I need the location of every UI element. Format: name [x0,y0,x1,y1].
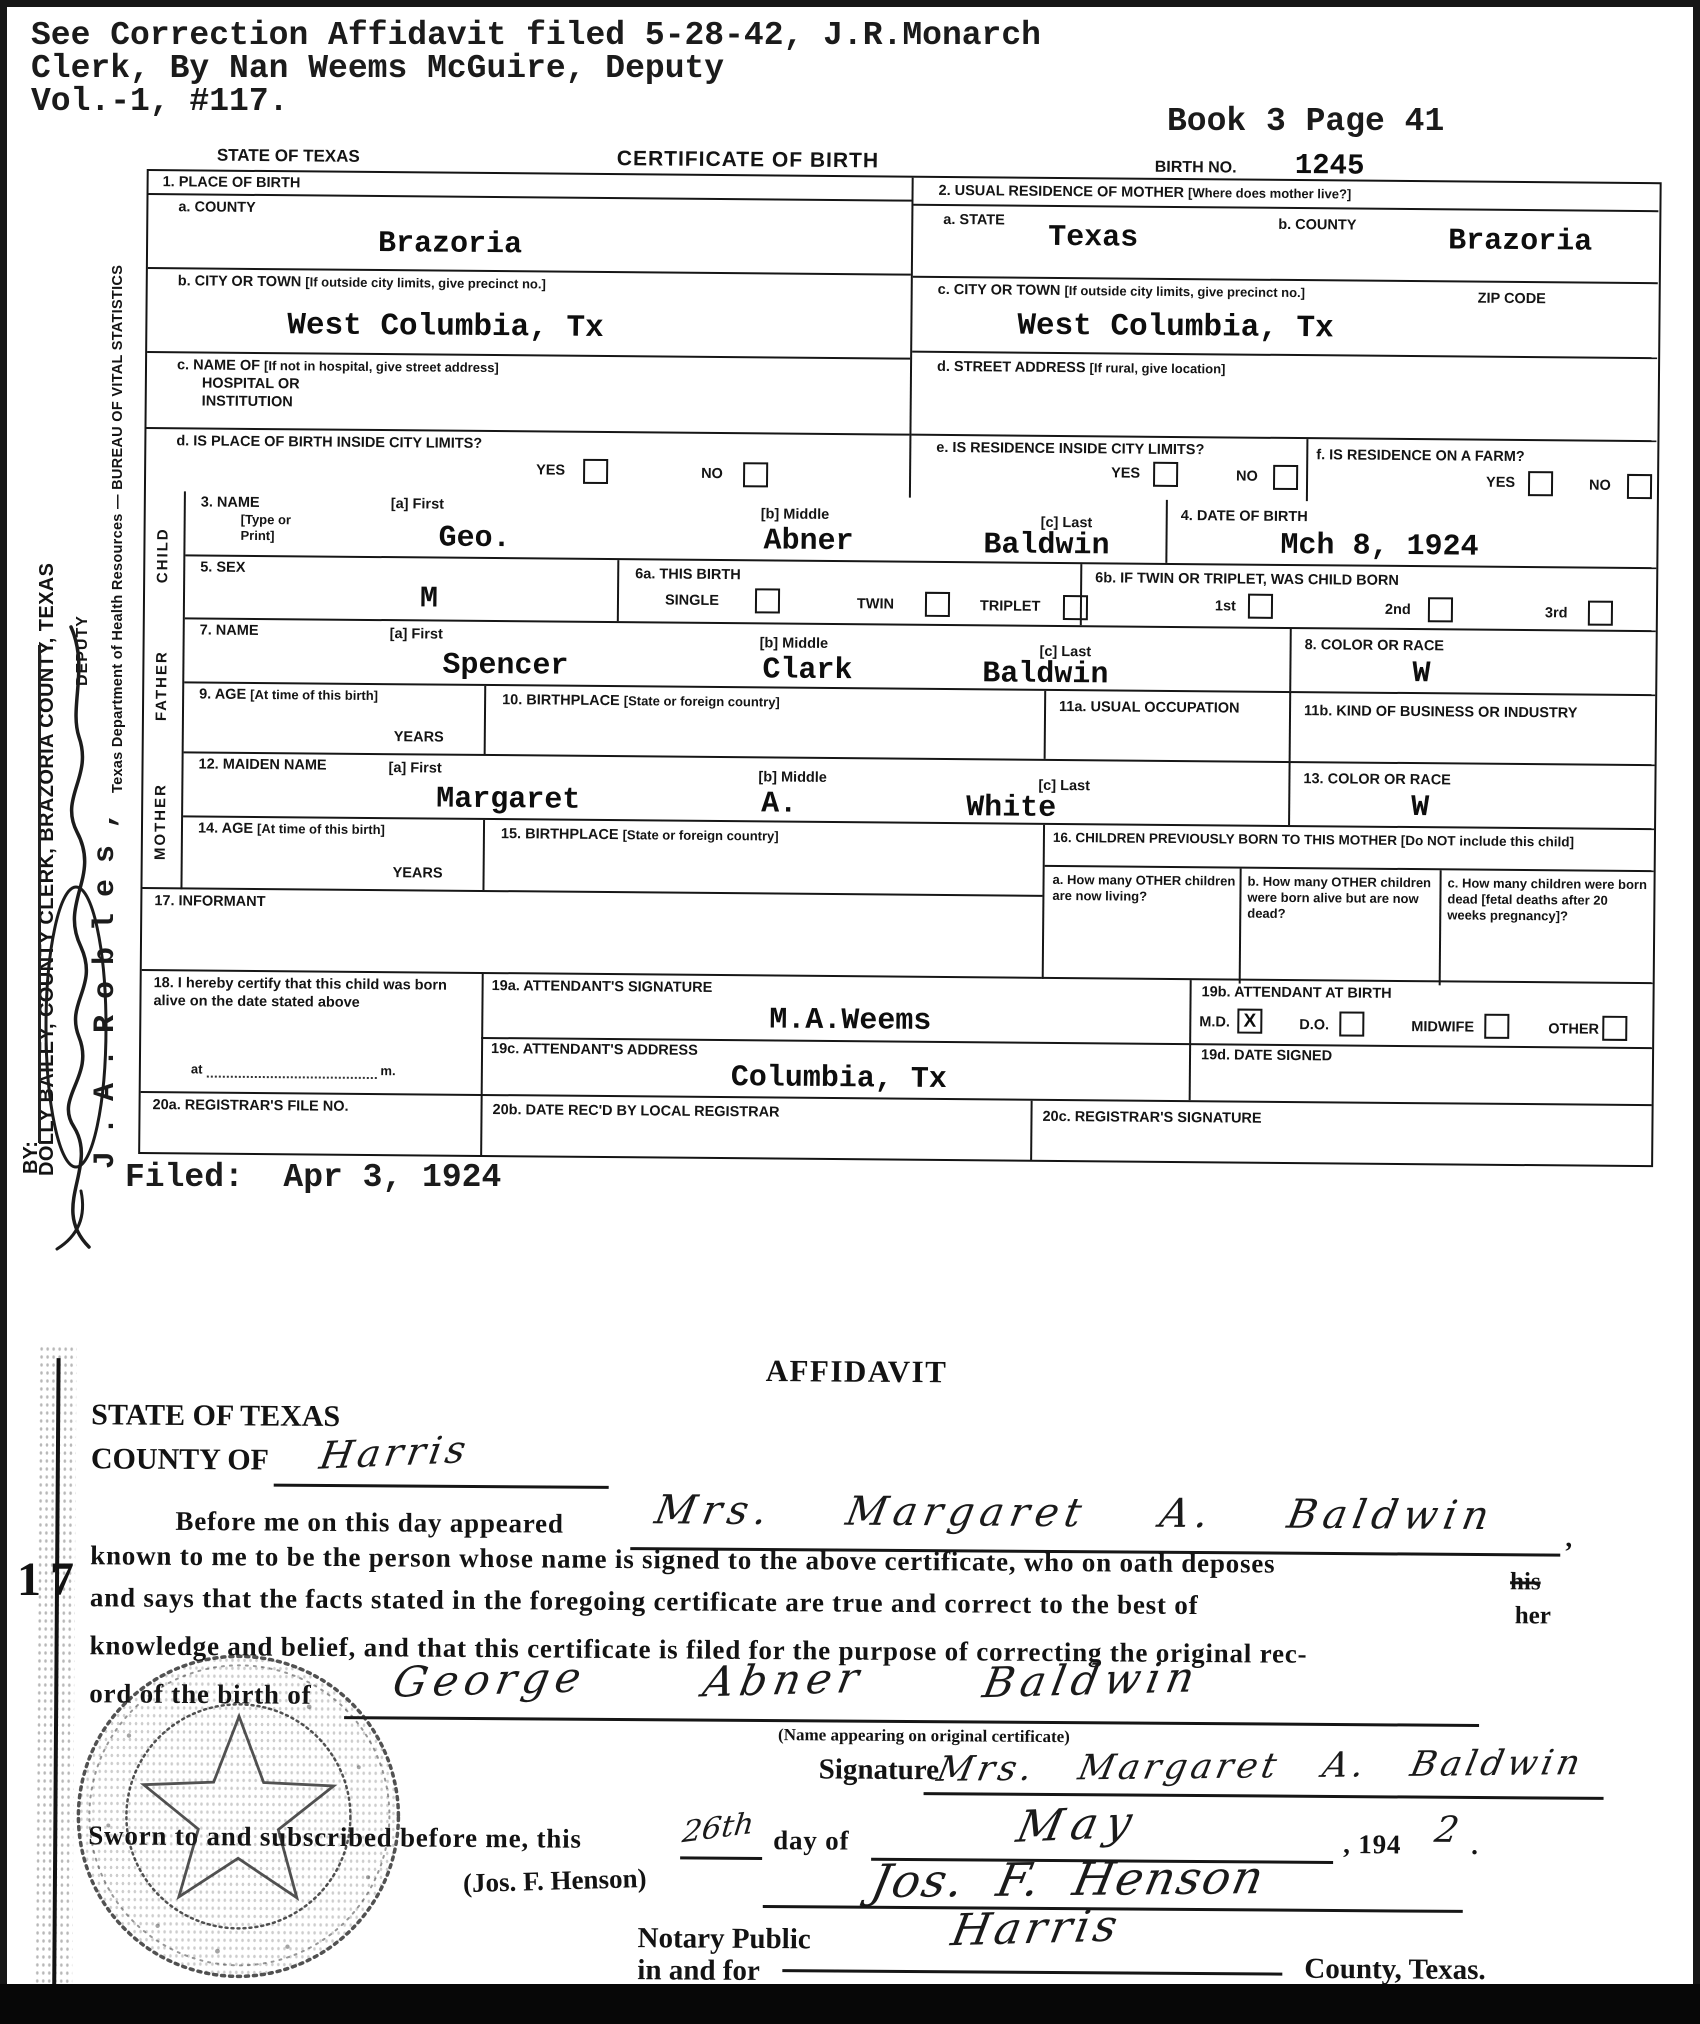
field-1c-bracket: [If not in hospital, give street address… [264,358,499,375]
zip-code-label: ZIP CODE [1478,291,1546,309]
second-born-label: 2nd [1385,602,1411,620]
form-title: CERTIFICATE OF BIRTH [617,146,879,174]
field-2c-value: West Columbia, Tx [1017,309,1334,347]
place-of-birth-column: 1. PLACE OF BIRTH a. COUNTY Brazoria b. … [146,171,914,498]
field-2a-value: Texas [1048,221,1138,256]
field-19c-label: 19c. ATTENDANT'S ADDRESS [491,1041,698,1060]
seal-noise-texture [77,1655,399,1977]
field-15-label: 15. BIRTHPLACE [State or foreign country… [501,826,779,846]
field-1c-label: c. NAME OF [If not in hospital, give str… [177,357,499,377]
twin-label: TWIN [857,596,894,614]
first-born-label: 1st [1215,598,1236,616]
field-19a-label: 19a. ATTENDANT'S SIGNATURE [492,978,713,998]
field-18-m-label: m. [380,1063,395,1079]
mother-age-row: 14. AGE [At time of this birth] YEARS 15… [182,817,1043,897]
correction-note-line3: Vol.-1, #117. [31,85,1041,118]
field-1d-no-checkbox [743,462,768,487]
third-born-checkbox [1588,601,1613,626]
field-1d-no-label: NO [701,466,723,484]
field-2e-yes-checkbox [1153,462,1178,487]
birth-date-value: Mch 8, 1924 [1280,529,1478,565]
father-race-value: W [1412,657,1430,691]
field-7-label: 7. NAME [200,622,259,640]
appeared-comma: , [1565,1523,1573,1554]
midwife-checkbox [1484,1014,1509,1039]
her-word: her [1515,1602,1551,1630]
county-texas-label: County, Texas. [1304,1953,1486,1984]
third-born-label: 3rd [1545,605,1568,623]
midwife-label: MIDWIFE [1411,1019,1474,1037]
field-10-label: 10. BIRTHPLACE [State or foreign country… [502,692,780,712]
book-page-ref: Book 3 Page 41 [1167,103,1444,140]
field-20c-label: 20c. REGISTRAR'S SIGNATURE [1042,1109,1261,1129]
registrar-row: 20a. REGISTRAR'S FILE NO. 20b. DATE REC'… [140,1093,1651,1166]
year-handwritten: 2 [1432,1810,1462,1851]
field-16: 16. CHILDREN PREVIOUSLY BORN TO THIS MOT… [1042,825,1654,984]
do-label: D.O. [1299,1017,1329,1035]
signature-underline [924,1792,1604,1800]
signature-label: Signature [819,1753,940,1787]
field-2c-label: c. CITY OR TOWN [If outside city limits,… [938,282,1305,303]
field-2e-yes-label: YES [1111,465,1140,483]
field-2e-no-label: NO [1236,469,1258,487]
notary-signature-handwritten: Jos. F. Henson [867,1850,1270,1908]
field-1d-yes-checkbox [583,459,608,484]
field-19b: 19b. ATTENDANT AT BIRTH M.D. X D.O. MIDW… [1189,980,1653,1049]
field-20b-label: 20b. DATE REC'D BY LOCAL REGISTRAR [492,1102,779,1122]
field-2a-label: a. STATE [943,212,1005,230]
field-6b-label: 6b. IF TWIN OR TRIPLET, WAS CHILD BORN [1095,570,1399,590]
child-group-label: CHILD [154,503,173,607]
field-1b-value: West Columbia, Tx [287,308,604,346]
father-first-name: Spencer [442,649,568,684]
certifier-row: 18. I hereby certify that this child was… [141,971,1653,1106]
field-10-bracket: [State or foreign country] [624,693,780,709]
field-2b-value: Brazoria [1448,224,1592,259]
field-3-label: 3. NAME [201,494,260,512]
second-born-checkbox [1428,597,1453,622]
affidavit-page-number: 17 [17,1552,83,1607]
father-last-name: Baldwin [982,657,1108,692]
field-1d: d. IS PLACE OF BIRTH INSIDE CITY LIMITS?… [146,429,910,498]
in-and-for-label: in and for [637,1954,760,1984]
child-first-name: Geo. [438,522,510,557]
field-16b-label: b. How many OTHER children were born ali… [1239,869,1442,986]
year-period: . [1471,1830,1479,1861]
appeared-name-handwritten: Mrs. Margaret A. Baldwin [651,1487,1498,1539]
field-1b-label: b. CITY OR TOWN [If outside city limits,… [178,273,546,294]
field-3-bracket: [Type or Print] [240,512,312,544]
field-2d: d. STREET ADDRESS [If rural, give locati… [911,353,1657,442]
mother-race-value: W [1411,791,1429,825]
birth-no-label: BIRTH NO. [1155,158,1237,178]
field-2-bracket: [Where does mother live?] [1188,185,1351,201]
field-14-label: 14. AGE [At time of this birth] [198,820,385,839]
field-14-years-label: YEARS [393,865,443,883]
field-8-label: 8. COLOR OR RACE [1305,637,1445,656]
notary-county-handwritten: Harris [947,1901,1125,1957]
field-12-middle-label: [b] Middle [758,769,827,787]
original-name-caption: (Name appearing on original certificate) [684,1724,1164,1747]
correction-note-line1: See Correction Affidavit filed 5-28-42, … [31,19,1041,52]
single-checkbox [755,588,780,613]
month-handwritten: May [1012,1797,1144,1853]
day-of-label: day of [773,1825,849,1857]
field-19c: 19c. ATTENDANT'S ADDRESS Columbia, Tx [481,1039,1189,1102]
field-19b-label: 19b. ATTENDANT AT BIRTH [1202,984,1392,1003]
field-18-label: 18. I hereby certify that this child was… [153,975,453,1013]
scanned-document-page: See Correction Affidavit filed 5-28-42, … [7,7,1693,1984]
do-checkbox [1339,1011,1364,1036]
field-1c-label3: INSTITUTION [202,393,293,411]
field-11b-label: 11b. KIND OF BUSINESS OR INDUSTRY [1304,703,1578,723]
father-middle-name: Clark [762,653,852,688]
other-checkbox [1602,1016,1627,1041]
form-state-heading: STATE OF TEXAS [217,146,360,168]
md-label: M.D. [1199,1014,1230,1032]
field-18-at-label: at [191,1061,203,1077]
field-5-label: 5. SEX [200,559,245,577]
field-3-first-label: [a] First [391,496,444,514]
field-6a-label: 6a. THIS BIRTH [635,566,741,585]
field-2d-label: d. STREET ADDRESS [If rural, give locati… [937,359,1225,379]
field-13-label: 13. COLOR OR RACE [1303,771,1451,790]
his-struck-word: his [1510,1568,1541,1596]
child-middle-name: Abner [763,524,853,559]
field-2ef: e. IS RESIDENCE INSIDE CITY LIMITS? YES … [911,436,1657,504]
field-16-bracket: [Do NOT include this child] [1401,833,1574,850]
correction-note: See Correction Affidavit filed 5-28-42, … [31,19,1041,118]
md-checkbox-mark: X [1243,1010,1256,1032]
child-last-name: Baldwin [983,528,1109,563]
correction-note-line2: Clerk, By Nan Weems McGuire, Deputy [31,52,1041,85]
field-12-first-label: [a] First [388,760,441,778]
field-2e-no-checkbox [1273,465,1298,490]
informant-row: 17. INFORMANT [142,889,1043,979]
affidavit-section: AFFIDAVIT STATE OF TEXAS COUNTY OF Harri… [42,1300,1667,1984]
other-label: OTHER [1548,1021,1599,1039]
field-9-label: 9. AGE [At time of this birth] [199,686,378,705]
field-19d: 19d. DATE SIGNED [1189,1045,1652,1106]
mother-maiden-name: White [966,791,1056,826]
field-16a-label: a. How many OTHER children are now livin… [1044,867,1242,984]
notary-typed-name: (Jos. F. Henson) [463,1863,647,1899]
field-14-bracket: [At time of this birth] [257,821,385,837]
residence-column: 2. USUAL RESIDENCE OF MOTHER [Where does… [911,178,1659,504]
field-2f-yes-label: YES [1486,475,1515,493]
field-2f-label: f. IS RESIDENCE ON A FARM? [1316,447,1525,467]
birth-no-value: 1245 [1295,149,1365,183]
group-label-column: CHILD FATHER MOTHER [142,491,185,889]
field-18-time-leader [206,1062,376,1078]
field-16-label: 16. CHILDREN PREVIOUSLY BORN TO THIS MOT… [1053,830,1574,851]
sex-value: M [420,582,438,616]
field-1a-label: a. COUNTY [178,199,255,217]
field-18-time-line: at m. [191,1061,396,1079]
field-12-label: 12. MAIDEN NAME [198,756,326,775]
triplet-label: TRIPLET [980,598,1041,616]
field-9-bracket: [At time of this birth] [250,687,378,703]
field-2c-bracket: [If outside city limits, give precinct n… [1064,283,1305,300]
field-3-middle-label: [b] Middle [761,506,830,524]
notary-public-label: Notary Public [637,1922,810,1956]
mother-first-name: Margaret [436,783,580,818]
field-1c: c. NAME OF [If not in hospital, give str… [146,353,910,436]
signature-handwritten: Mrs. Margaret A. Baldwin [934,1743,1588,1790]
field-15-bracket: [State or foreign country] [623,827,779,843]
md-checkbox: X [1237,1009,1262,1034]
affidavit-title: AFFIDAVIT [46,1348,1666,1395]
field-2f-yes-checkbox [1528,471,1553,496]
field-1d-yes-label: YES [536,462,565,480]
field-2-label: 2. USUAL RESIDENCE OF MOTHER [Where does… [938,183,1351,204]
mother-middle-name: A. [761,787,797,821]
county-handwritten: Harris [317,1427,474,1478]
attendant-address-value: Columbia, Tx [731,1061,947,1097]
father-group-label: FATHER [153,627,172,745]
field-1d-label: d. IS PLACE OF BIRTH INSIDE CITY LIMITS? [176,433,482,453]
field-2b-label: b. COUNTY [1278,217,1356,235]
birth-name-word1: George [389,1652,591,1706]
attendant-signature-value: M.A.Weems [769,1003,931,1038]
field-11a-label: 11a. USUAL OCCUPATION [1059,699,1240,718]
field-17-label: 17. INFORMANT [154,893,265,912]
scan-bottom-bar [0,1984,1700,2024]
field-2c: c. CITY OR TOWN [If outside city limits,… [912,278,1658,359]
field-2e-label: e. IS RESIDENCE INSIDE CITY LIMITS? [936,440,1204,460]
field-2f-no-label: NO [1589,478,1611,496]
field-1b: b. CITY OR TOWN [If outside city limits,… [147,269,911,360]
field-19d-label: 19d. DATE SIGNED [1201,1047,1332,1066]
birth-name-word2: Abner [699,1653,868,1706]
county-underline [274,1484,609,1489]
field-7-middle-label: [b] Middle [760,635,829,653]
field-1a-value: Brazoria [378,227,522,262]
father-age-row: 9. AGE [At time of this birth] YEARS 10.… [184,683,1656,766]
field-19a: 19a. ATTENDANT'S SIGNATURE M.A.Weems [481,974,1190,1045]
day-underline [680,1856,762,1860]
field-9-years-label: YEARS [394,729,444,747]
field-2d-bracket: [If rural, give location] [1090,360,1226,376]
certificate-form: STATE OF TEXAS CERTIFICATE OF BIRTH BIRT… [138,139,1662,1167]
field-2f-no-checkbox [1627,474,1652,499]
twin-checkbox [925,592,950,617]
field-1a: a. COUNTY Brazoria [148,195,912,276]
day-handwritten: 26th [680,1806,755,1850]
field-16c-label: c. How many children were born dead [fet… [1439,870,1653,924]
triplet-checkbox [1063,595,1088,620]
form-grid: 1. PLACE OF BIRTH a. COUNTY Brazoria b. … [138,169,1662,1167]
field-7-first-label: [a] First [390,626,443,644]
birth-name-word3: Baldwin [979,1652,1204,1707]
affidavit-county-label: COUNTY OF [91,1442,269,1477]
mother-group-label: MOTHER [152,763,171,881]
affidavit-line3: and says that the facts stated in the fo… [90,1582,1199,1621]
field-1-label: 1. PLACE OF BIRTH [163,174,301,193]
year-typed: , 194 [1343,1829,1401,1860]
field-1b-bracket: [If outside city limits, give precinct n… [305,274,546,291]
first-born-checkbox [1248,594,1273,619]
single-label: SINGLE [665,593,719,611]
affidavit-state-line: STATE OF TEXAS [91,1398,340,1434]
field-2ab: a. STATE Texas b. COUNTY Brazoria [913,206,1659,284]
field-1c-label2: HOSPITAL OR [202,375,300,394]
field-20a-label: 20a. REGISTRAR'S FILE NO. [152,1097,348,1116]
field-4-label: 4. DATE OF BIRTH [1181,508,1308,527]
clerk-signature-scribble [29,607,114,1257]
affidavit-line2: known to me to be the person whose name … [90,1540,1275,1579]
filed-date-line: Filed: Apr 3, 1924 [125,1159,501,1196]
notary-county-underline [782,1969,1282,1975]
appeared-prefix: Before me on this day appeared [175,1506,563,1540]
